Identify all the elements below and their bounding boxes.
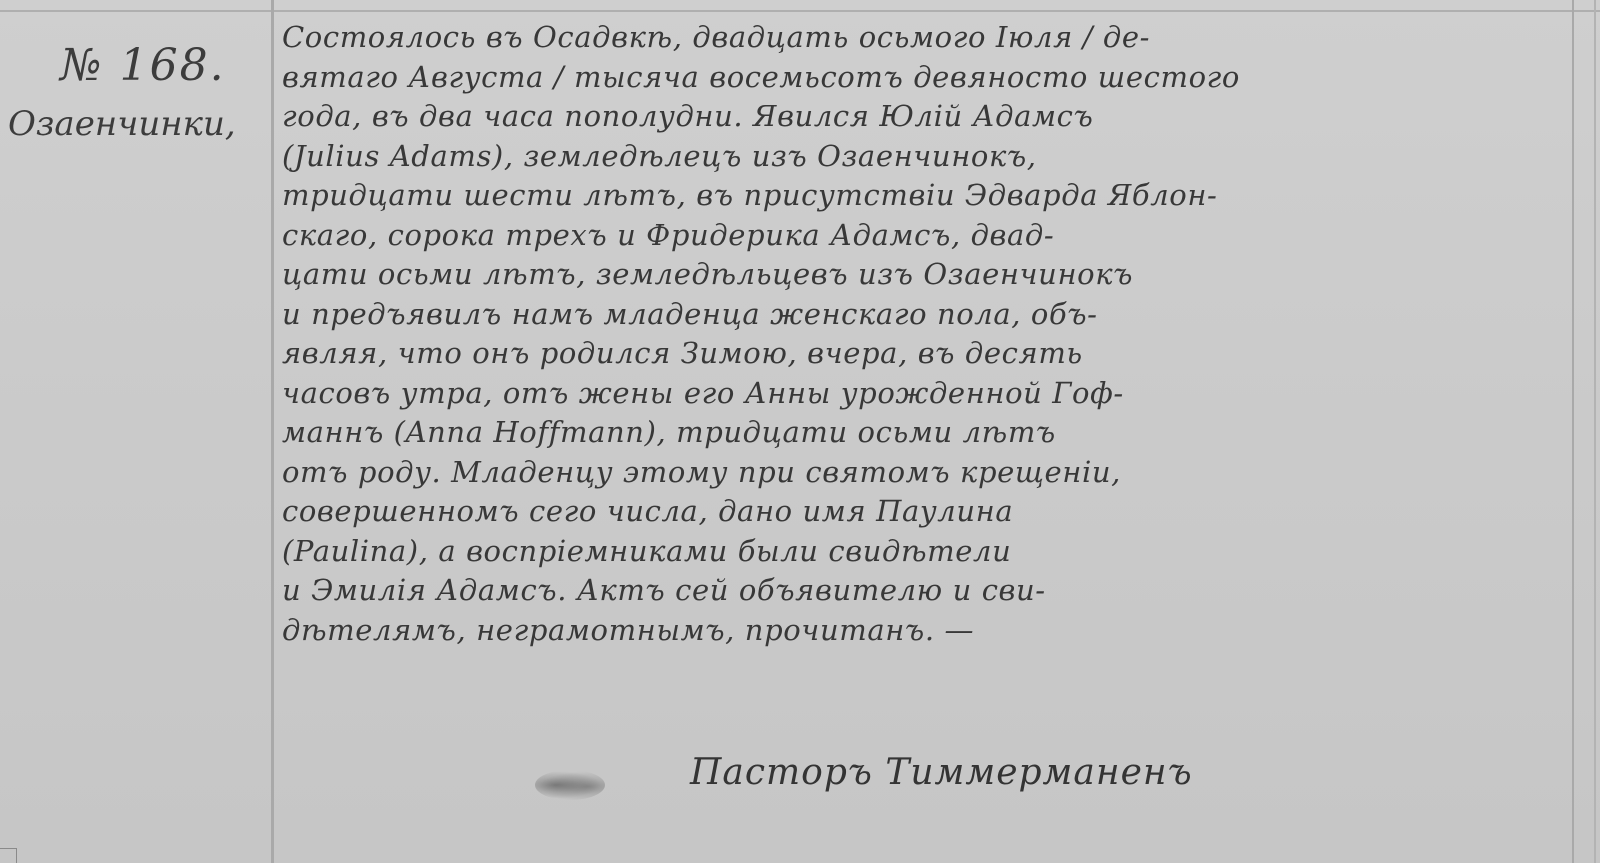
record-line: и Эмилія Адамсъ. Актъ сей объявителю и с… (282, 571, 1567, 611)
record-line: вятаго Августа / тысяча восемьсотъ девян… (282, 58, 1567, 98)
village-name: Озаенчинки, (8, 104, 236, 144)
ink-blot (535, 770, 605, 800)
right-edge-line (1594, 0, 1596, 863)
act-number: № 168. (60, 40, 226, 91)
record-line: являя, что онъ родился Зимою, вчера, въ … (282, 334, 1567, 374)
record-body: Состоялось въ Осадвкѣ, двадцать осьмого … (282, 18, 1567, 650)
record-line: года, въ два часа пополудни. Явился Юлій… (282, 97, 1567, 137)
record-line: (Julius Adams), земледѣлецъ изъ Озаенчин… (282, 137, 1567, 177)
record-line: часовъ утра, отъ жены его Анны урожденно… (282, 374, 1567, 414)
record-line: совершенномъ сего числа, дано имя Паулин… (282, 492, 1567, 532)
record-line: (Paulina), а воспріемниками были свидѣте… (282, 532, 1567, 572)
document-page: № 168. Озаенчинки, Состоялось въ Осадвкѣ… (0, 0, 1600, 863)
record-line: маннъ (Anna Hoffmann), тридцати осьми лѣ… (282, 413, 1567, 453)
record-line: Состоялось въ Осадвкѣ, двадцать осьмого … (282, 18, 1567, 58)
record-line: дѣтелямъ, неграмотнымъ, прочитанъ. — (282, 611, 1567, 651)
record-line: цати осьми лѣтъ, земледѣльцевъ изъ Озаен… (282, 255, 1567, 295)
right-rule-line (1572, 0, 1574, 863)
record-line: скаго, сорока трехъ и Фридерика Адамсъ, … (282, 216, 1567, 256)
record-line: тридцати шести лѣтъ, въ присутствіи Эдва… (282, 176, 1567, 216)
pastor-signature: Пасторъ Тиммерманенъ (690, 752, 1193, 793)
margin-column: № 168. Озаенчинки, (0, 0, 268, 863)
record-line: отъ роду. Младенцу этому при святомъ кре… (282, 453, 1567, 493)
margin-rule-line (271, 0, 274, 863)
corner-mark (0, 848, 17, 863)
record-line: и предъявилъ намъ младенца женскаго пола… (282, 295, 1567, 335)
